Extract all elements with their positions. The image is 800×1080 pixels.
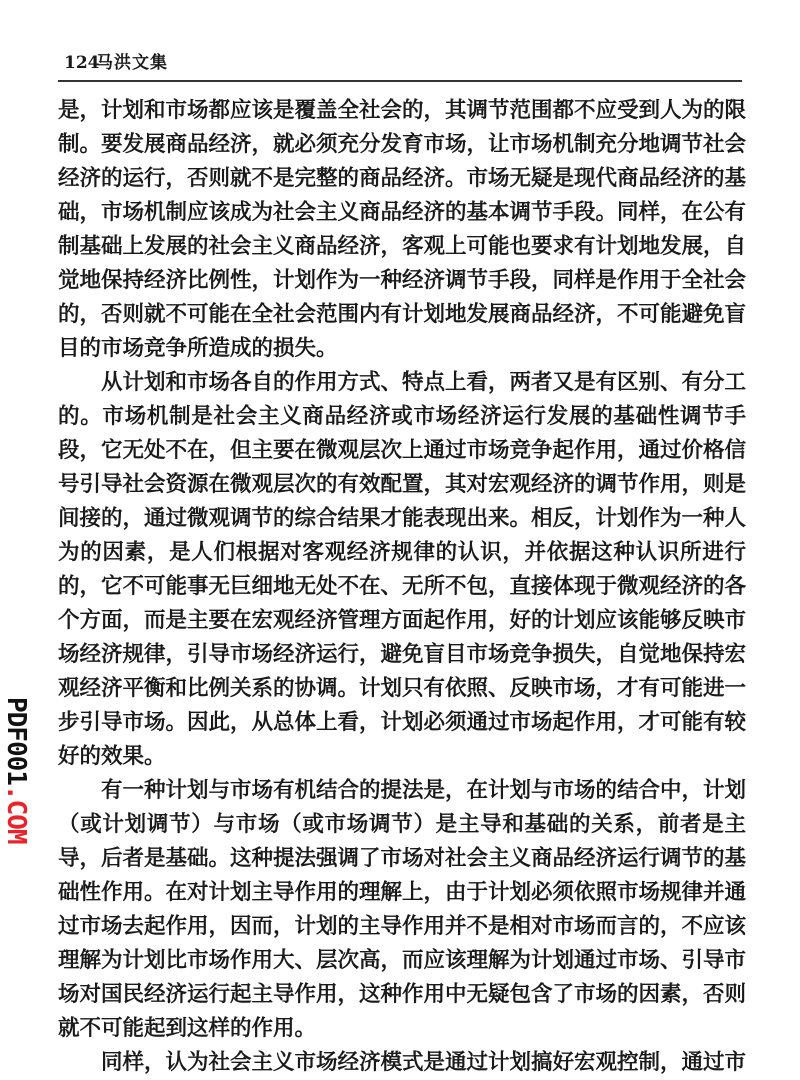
running-header: 124 马洪文集 <box>64 48 168 74</box>
text-line: 制。要发展商品经济，就必须充分发育市场，让市场机制充分地调节社会 <box>58 128 746 162</box>
text-line: 就不可能起到这样的作用。 <box>58 1012 746 1046</box>
text-line: 间接的，通过微观调节的综合结果才能表现出来。相反，计划作为一种人 <box>58 502 746 536</box>
text-line: 的，它不可能事无巨细地无处不在、无所不包，直接体现于微观经济的各 <box>58 570 746 604</box>
text-line: 步引导市场。因此，从总体上看，计划必须通过市场起作用，才可能有较 <box>58 706 746 740</box>
text-line: 目的市场竞争所造成的损失。 <box>58 332 746 366</box>
body-text: 是，计划和市场都应该是覆盖全社会的，其调节范围都不应受到人为的限制。要发展商品经… <box>58 94 746 1080</box>
text-line: 的。市场机制是社会主义商品经济或市场经济运行发展的基础性调节手 <box>58 400 746 434</box>
text-line: 的，否则就不可能在全社会范围内有计划地发展商品经济，不可能避免盲 <box>58 298 746 332</box>
text-line: 好的效果。 <box>58 740 746 774</box>
text-line: 础性作用。在对计划主导作用的理解上，由于计划必须依照市场规律并通 <box>58 876 746 910</box>
text-line: 号引导社会资源在微观层次的有效配置，其对宏观经济的调节作用，则是 <box>58 468 746 502</box>
text-line: 理解为计划比市场作用大、层次高，而应该理解为计划通过市场、引导市 <box>58 944 746 978</box>
book-title: 马洪文集 <box>96 48 168 73</box>
text-line: 为的因素，是人们根据对客观经济规律的认识，并依据这种认识所进行 <box>58 536 746 570</box>
text-line: 础，市场机制应该成为社会主义商品经济的基本调节手段。同样，在公有 <box>58 196 746 230</box>
text-line: 场经济规律，引导市场经济运行，避免盲目市场竞争损失，自觉地保持宏 <box>58 638 746 672</box>
text-line: 个方面，而是主要在宏观经济管理方面起作用，好的计划应该能够反映市 <box>58 604 746 638</box>
text-line: 觉地保持经济比例性，计划作为一种经济调节手段，同样是作用于全社会 <box>58 264 746 298</box>
text-line: 有一种计划与市场有机结合的提法是，在计划与市场的结合中，计划 <box>58 774 746 808</box>
text-line: （或计划调节）与市场（或市场调节）是主导和基础的关系，前者是主 <box>58 808 746 842</box>
text-line: 观经济平衡和比例关系的协调。计划只有依照、反映市场，才有可能进一 <box>58 672 746 706</box>
text-line: 导，后者是基础。这种提法强调了市场对社会主义商品经济运行调节的基 <box>58 842 746 876</box>
watermark-domain: .COM <box>1 785 31 844</box>
text-line: 场对国民经济运行起主导作用，这种作用中无疑包含了市场的因素，否则 <box>58 978 746 1012</box>
text-line: 段，它无处不在，但主要在微观层次上通过市场竞争起作用，通过价格信 <box>58 434 746 468</box>
text-line: 是，计划和市场都应该是覆盖全社会的，其调节范围都不应受到人为的限 <box>58 94 746 128</box>
text-line: 制基础上发展的社会主义商品经济，客观上可能也要求有计划地发展，自 <box>58 230 746 264</box>
text-line: 经济的运行，否则就不是完整的商品经济。市场无疑是现代商品经济的基 <box>58 162 746 196</box>
header-rule <box>58 80 742 82</box>
text-line: 过市场去起作用，因而，计划的主导作用并不是相对市场而言的，不应该 <box>58 910 746 944</box>
page-number: 124 <box>64 53 96 73</box>
text-line: 同样，认为社会主义市场经济模式是通过计划搞好宏观控制，通过市 <box>58 1046 746 1080</box>
text-line: 从计划和市场各自的作用方式、特点上看，两者又是有区别、有分工 <box>58 366 746 400</box>
watermark-text: PDF001 <box>1 697 31 785</box>
watermark: PDF001.COM <box>2 697 30 862</box>
